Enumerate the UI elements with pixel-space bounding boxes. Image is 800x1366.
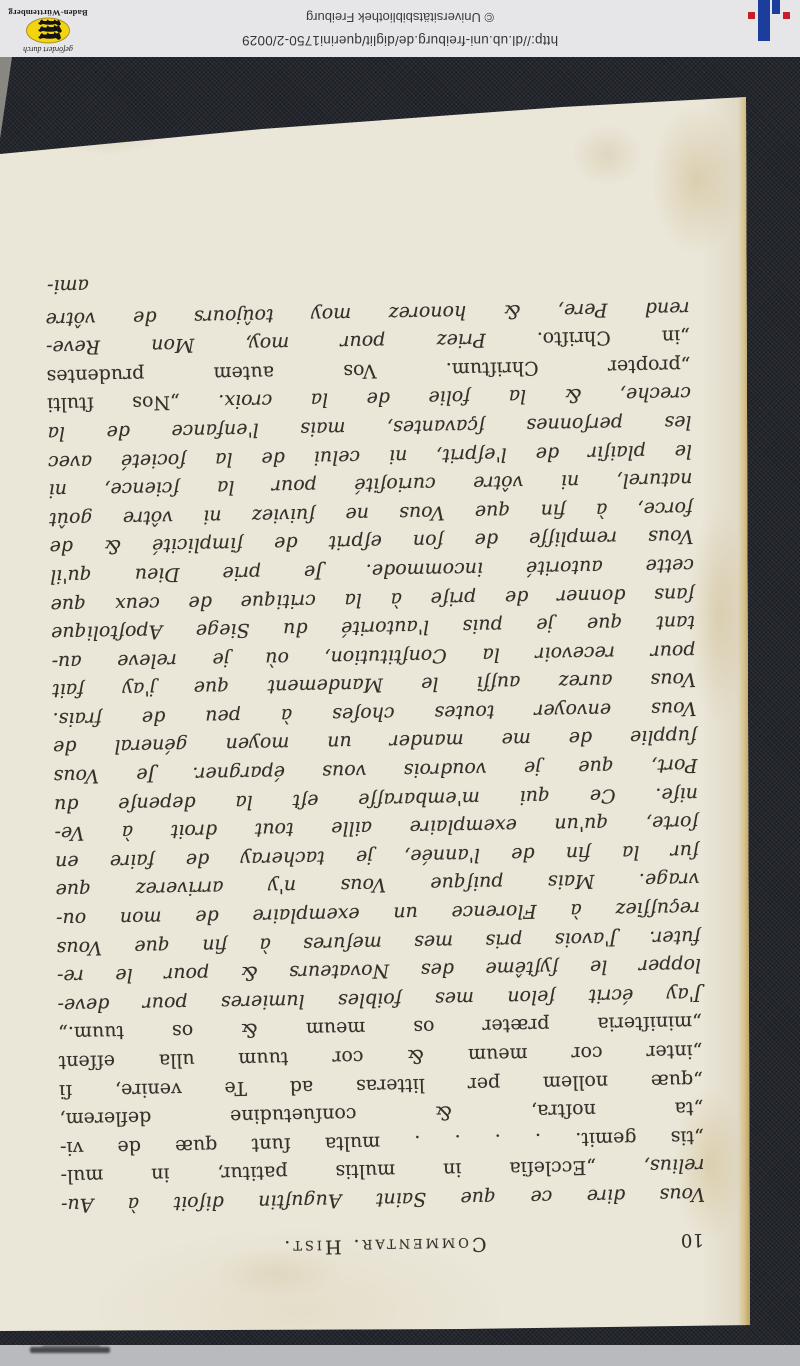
paper-stain	[688, 505, 748, 725]
scan-viewport: 10 Commentar. Hist. Vous dire ce que Sai…	[0, 0, 800, 1366]
digitization-url: http://dl.ub.uni-freiburg.de/diglit/quer…	[0, 33, 800, 48]
illegible-imprint-mark-2	[42, 1345, 100, 1348]
paper-stain	[652, 105, 742, 255]
sponsor-name: Baden-Württemberg	[8, 8, 88, 17]
page-number: 10	[681, 1229, 704, 1250]
copyright-line: © Universitätsbibliothek Freiburg	[0, 10, 800, 25]
library-watermark-bar: http://dl.ub.uni-freiburg.de/diglit/quer…	[0, 0, 800, 57]
paper-stain	[572, 125, 642, 185]
scanner-edge-strip	[0, 1345, 800, 1366]
book-cloth-background: 10 Commentar. Hist. Vous dire ce que Sai…	[0, 57, 800, 1345]
logo-tall-bar	[758, 0, 770, 41]
logo-red-square-left	[783, 12, 790, 19]
ub-freiburg-logo-icon	[740, 0, 800, 57]
rotated-scan: 10 Commentar. Hist. Vous dire ce que Sai…	[0, 0, 800, 1366]
baden-wuerttemberg-coat-of-arms-icon	[25, 17, 71, 44]
page-text-block: 10 Commentar. Hist. Vous dire ce que Sai…	[45, 264, 706, 1262]
body-text: Vous dire ce que Saint Auguſtin diſoit à…	[45, 293, 705, 1219]
paper-stain	[52, 111, 162, 155]
sponsor-block: gefördert durch Baden-Württemberg	[8, 8, 88, 54]
book-edge-wedge	[0, 57, 15, 139]
logo-small-bar	[772, 0, 780, 14]
sponsor-pre-label: gefördert durch	[8, 45, 88, 54]
logo-red-square-right	[748, 12, 755, 19]
scanned-page: 10 Commentar. Hist. Vous dire ce que Sai…	[0, 83, 762, 1335]
